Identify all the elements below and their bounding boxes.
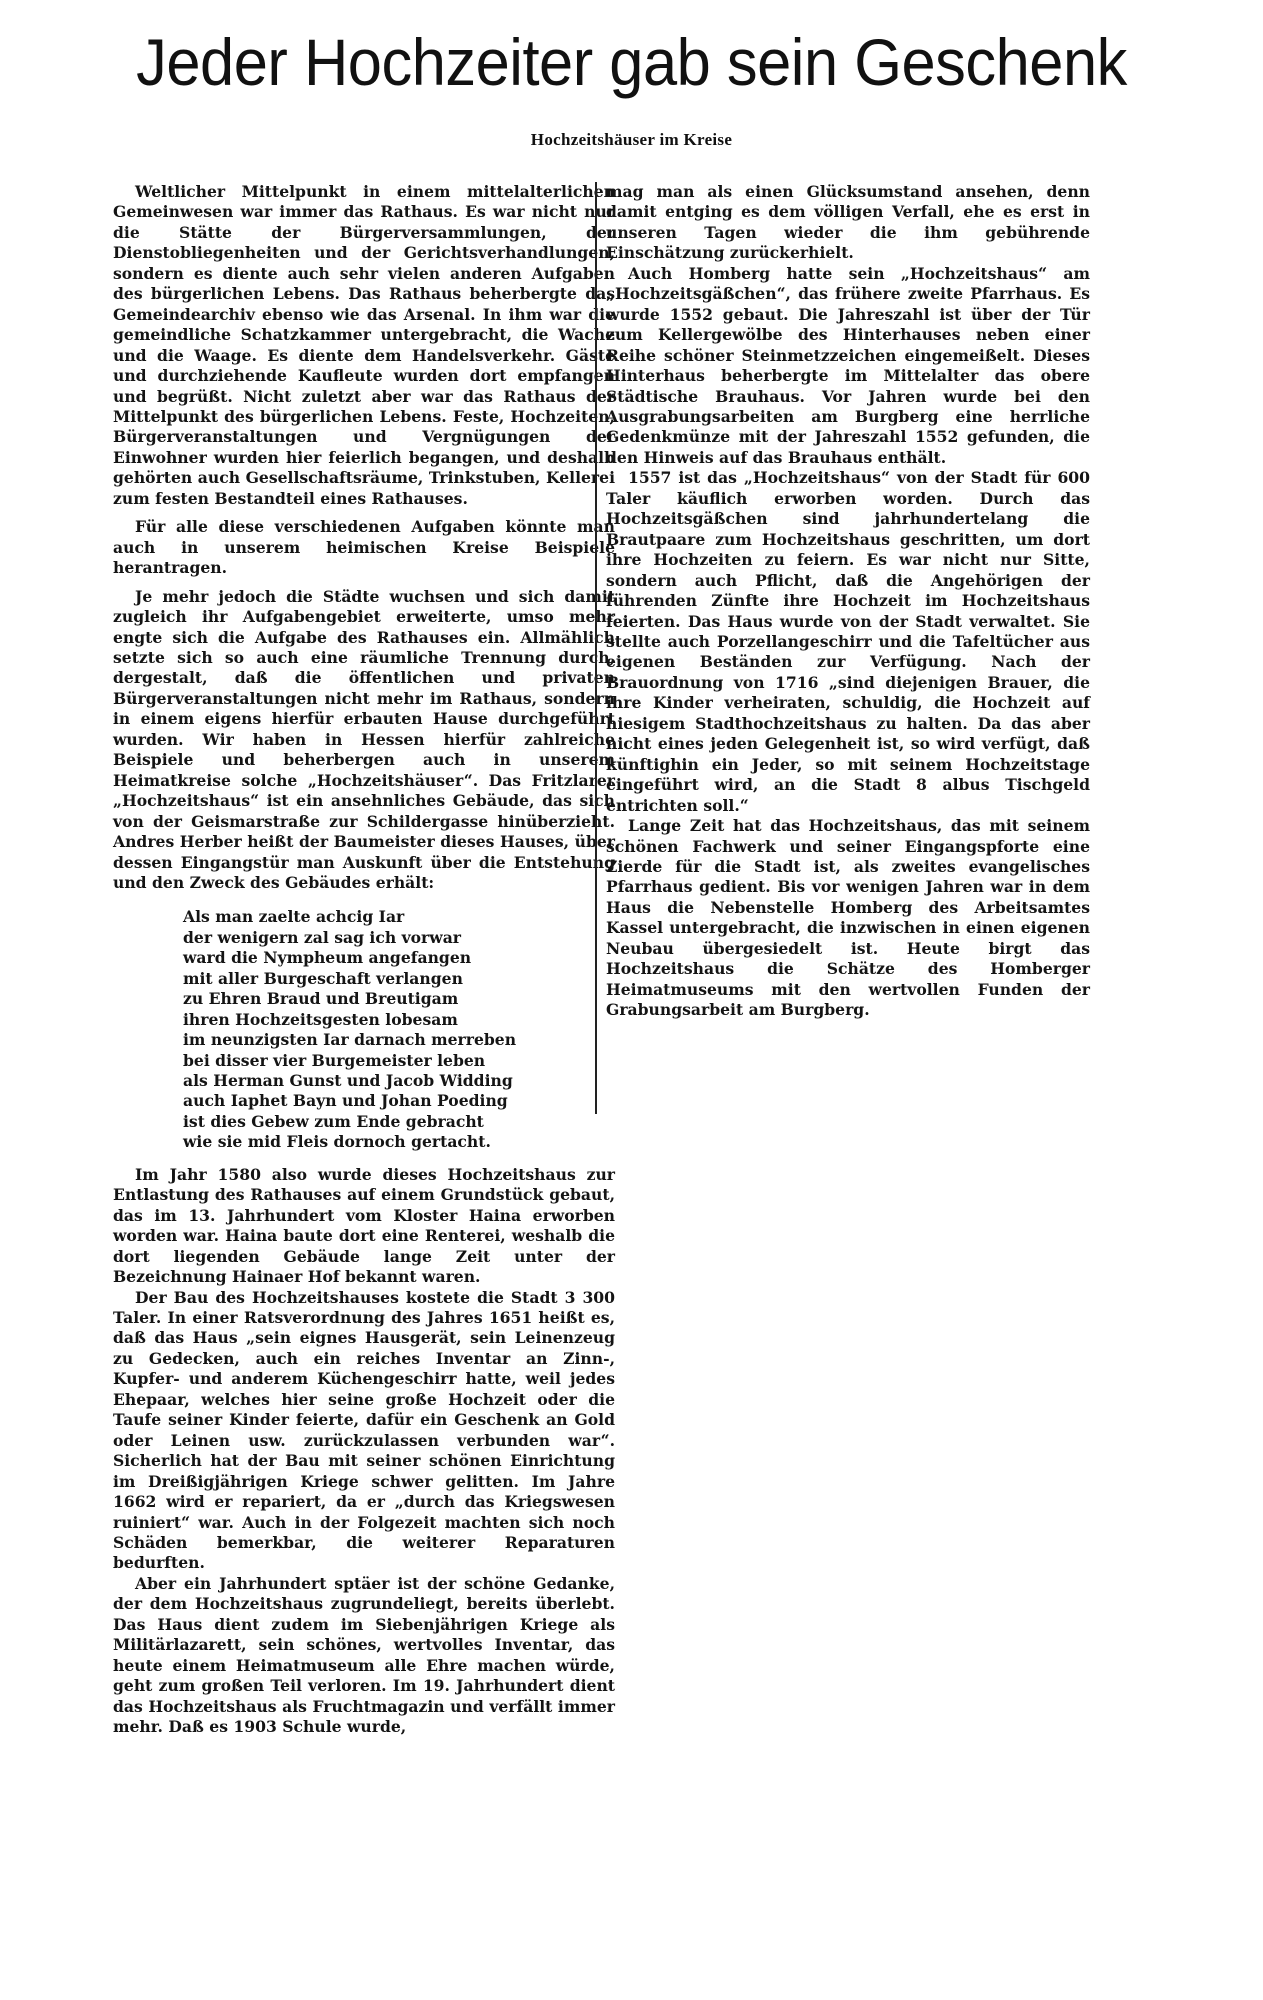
subheadline: Hochzeitshäuser im Kreise (0, 130, 1263, 150)
poem-line: ist dies Gebew zum Ende gebracht (183, 1112, 615, 1132)
poem-line: der wenigern zal sag ich vorwar (183, 928, 615, 948)
right-column: mag man als einen Glücksumstand ansehen,… (606, 182, 1090, 1021)
poem-line: als Herman Gunst und Jacob Widding (183, 1071, 615, 1091)
headline: Jeder Hochzeiter gab sein Geschenk (44, 22, 1219, 102)
paragraph: Auch Homberg hatte sein „Hochzeitshaus“ … (606, 264, 1090, 469)
column-divider (595, 182, 597, 1114)
paragraph: Aber ein Jahrhundert sptäer ist der schö… (113, 1574, 615, 1738)
poem-line: mit aller Burgeschaft verlangen (183, 969, 615, 989)
paragraph: Der Bau des Hochzeitshauses kostete die … (113, 1288, 615, 1574)
poem-line: zu Ehren Braud und Breutigam (183, 989, 615, 1009)
poem-line: bei disser vier Burgemeister leben (183, 1051, 615, 1071)
paragraph: Für alle diese verschiedenen Aufgaben kö… (113, 517, 615, 578)
poem-line: ihren Hochzeitsgesten lobesam (183, 1010, 615, 1030)
poem-line: auch Iaphet Bayn und Johan Poeding (183, 1091, 615, 1111)
poem-line: ward die Nympheum angefangen (183, 948, 615, 968)
paragraph: mag man als einen Glücksumstand ansehen,… (606, 182, 1090, 264)
paragraph: Je mehr jedoch die Städte wuchsen und si… (113, 587, 615, 894)
paragraph: 1557 ist das „Hochzeitshaus“ von der Sta… (606, 468, 1090, 816)
poem-line: wie sie mid Fleis dornoch gertacht. (183, 1132, 615, 1152)
poem-line: Als man zaelte achcig Iar (183, 907, 615, 927)
inscription-poem: Als man zaelte achcig Iar der wenigern z… (183, 907, 615, 1152)
left-column: Weltlicher Mittelpunkt in einem mittelal… (113, 182, 615, 1738)
paragraph: Im Jahr 1580 also wurde dieses Hochzeits… (113, 1165, 615, 1288)
paragraph: Weltlicher Mittelpunkt in einem mittelal… (113, 182, 615, 509)
poem-line: im neunzigsten Iar darnach merreben (183, 1030, 615, 1050)
paragraph: Lange Zeit hat das Hochzeitshaus, das mi… (606, 816, 1090, 1021)
